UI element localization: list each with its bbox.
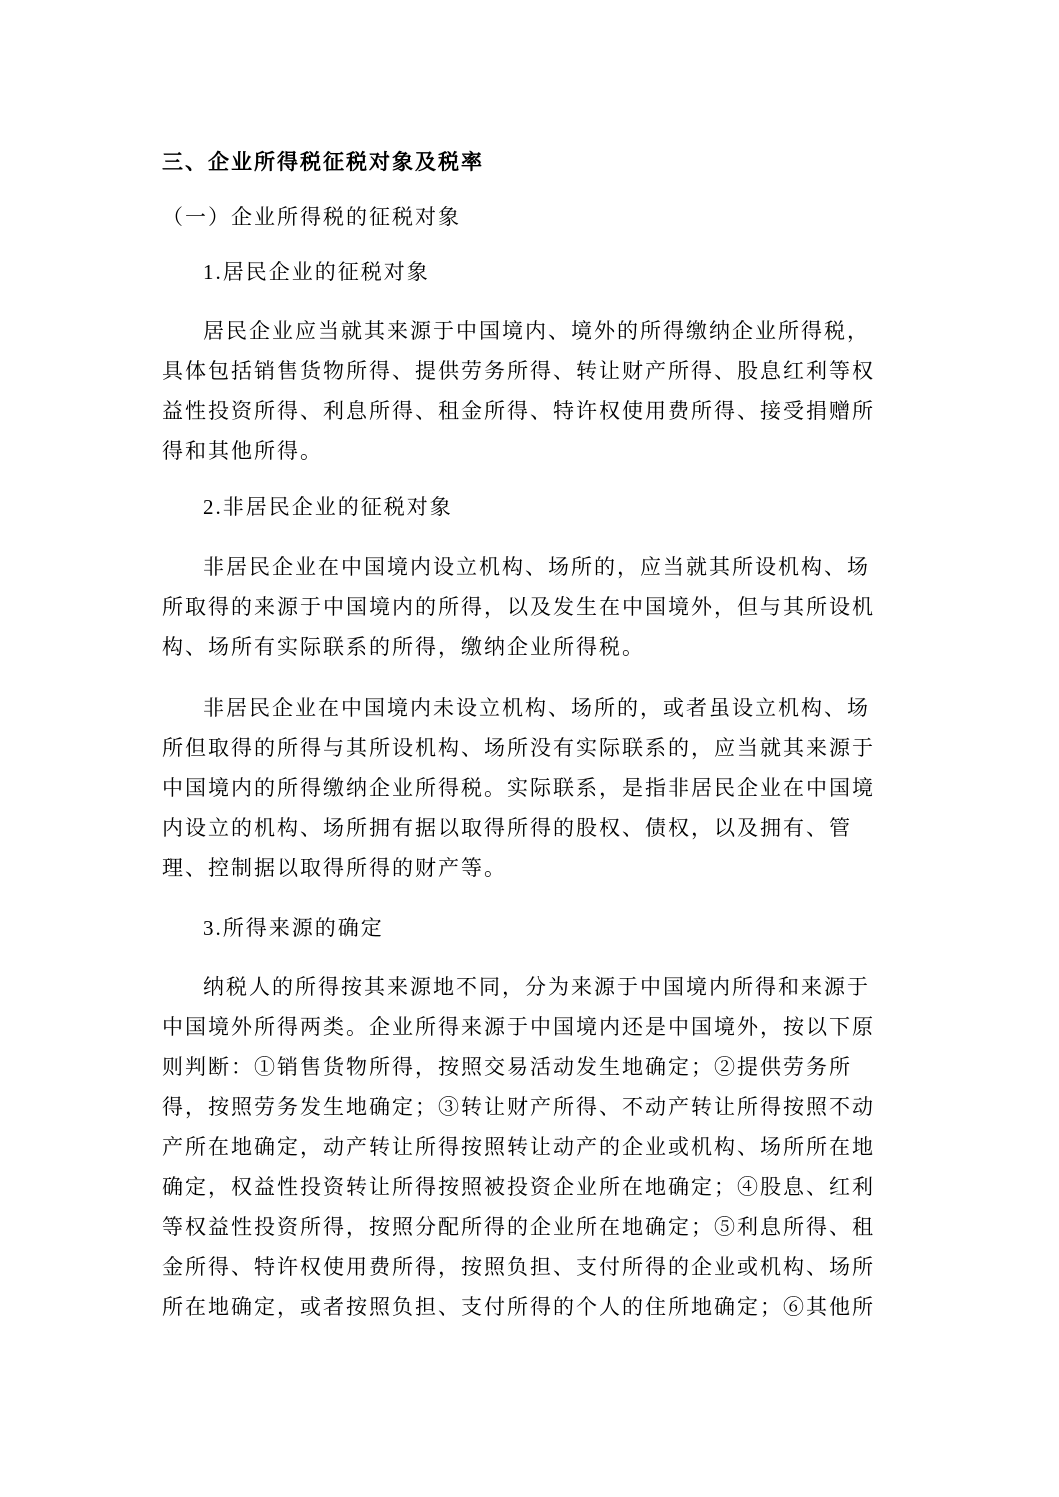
text-line: 得，按照劳务发生地确定；③转让财产所得、不动产转让所得按照不动: [162, 1087, 879, 1127]
text-line: 所但取得的所得与其所设机构、场所没有实际联系的，应当就其来源于: [162, 728, 879, 768]
document-page: 三、企业所得税征税对象及税率 （一）企业所得税的征税对象 1.居民企业的征税对象…: [0, 0, 1059, 1497]
text-line: 所取得的来源于中国境内的所得，以及发生在中国境外，但与其所设机: [162, 587, 879, 627]
text-line: 所在地确定，或者按照负担、支付所得的个人的住所地确定；⑥其他所: [162, 1287, 879, 1327]
text-line: 中国境内的所得缴纳企业所得税。实际联系，是指非居民企业在中国境: [162, 768, 879, 808]
item1-heading: 1.居民企业的征税对象: [162, 252, 879, 292]
text-line: 具体包括销售货物所得、提供劳务所得、转让财产所得、股息红利等权: [162, 351, 879, 391]
text-line: 金所得、特许权使用费所得，按照负担、支付所得的企业或机构、场所: [162, 1247, 879, 1287]
paragraph-resident-scope: 居民企业应当就其来源于中国境内、境外的所得缴纳企业所得税， 具体包括销售货物所得…: [162, 311, 879, 471]
text-line: 产所在地确定，动产转让所得按照转让动产的企业或机构、场所所在地: [162, 1127, 879, 1167]
text-line: 得和其他所得。: [162, 431, 879, 471]
doc-title: 三、企业所得税征税对象及税率: [162, 142, 879, 182]
text-line: 纳税人的所得按其来源地不同，分为来源于中国境内所得和来源于: [162, 967, 879, 1007]
text-line: 居民企业应当就其来源于中国境内、境外的所得缴纳企业所得税，: [162, 311, 879, 351]
text-line: 非居民企业在中国境内未设立机构、场所的，或者虽设立机构、场: [162, 688, 879, 728]
item3-heading: 3.所得来源的确定: [162, 908, 879, 948]
text-line: 中国境外所得两类。企业所得来源于中国境内还是中国境外，按以下原: [162, 1007, 879, 1047]
text-line: 益性投资所得、利息所得、租金所得、特许权使用费所得、接受捐赠所: [162, 391, 879, 431]
paragraph-nonresident-establishment: 非居民企业在中国境内设立机构、场所的，应当就其所设机构、场 所取得的来源于中国境…: [162, 547, 879, 667]
text-line: 理、控制据以取得所得的财产等。: [162, 848, 879, 888]
text-line: 非居民企业在中国境内设立机构、场所的，应当就其所设机构、场: [162, 547, 879, 587]
section-heading: （一）企业所得税的征税对象: [162, 197, 879, 237]
paragraph-income-source-rules: 纳税人的所得按其来源地不同，分为来源于中国境内所得和来源于 中国境外所得两类。企…: [162, 967, 879, 1327]
text-line: 等权益性投资所得，按照分配所得的企业所在地确定；⑤利息所得、租: [162, 1207, 879, 1247]
text-line: 确定，权益性投资转让所得按照被投资企业所在地确定；④股息、红利: [162, 1167, 879, 1207]
item2-heading: 2.非居民企业的征税对象: [162, 487, 879, 527]
text-line: 则判断：①销售货物所得，按照交易活动发生地确定；②提供劳务所: [162, 1047, 879, 1087]
text-line: 内设立的机构、场所拥有据以取得所得的股权、债权，以及拥有、管: [162, 808, 879, 848]
text-line: 构、场所有实际联系的所得，缴纳企业所得税。: [162, 627, 879, 667]
paragraph-nonresident-no-establishment: 非居民企业在中国境内未设立机构、场所的，或者虽设立机构、场 所但取得的所得与其所…: [162, 688, 879, 888]
